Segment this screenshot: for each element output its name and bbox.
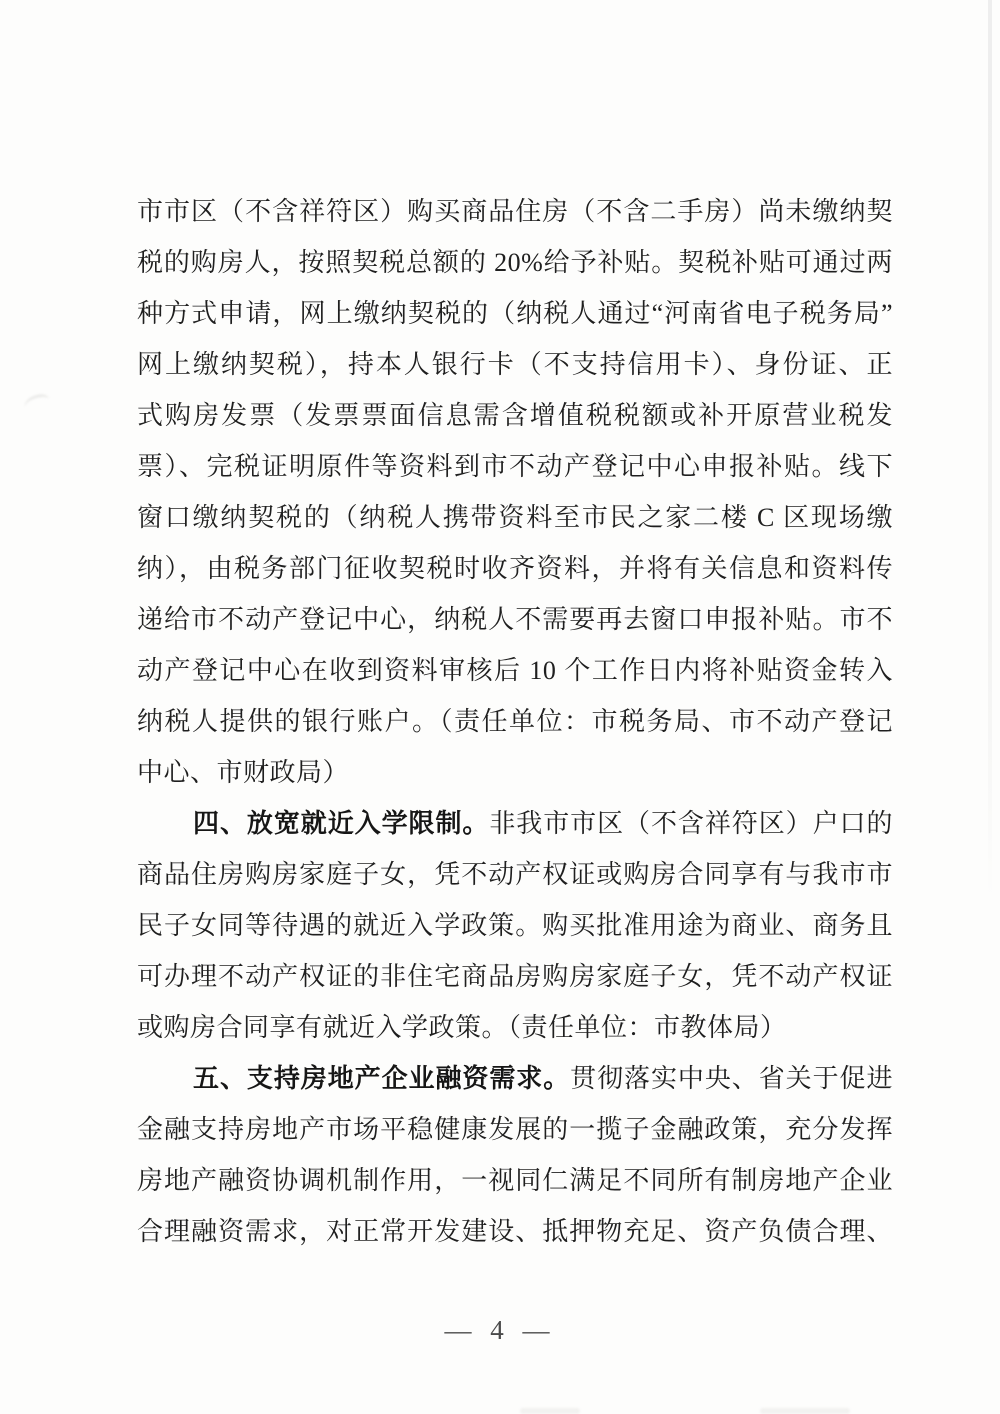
text-line: 商品住房购房家庭子女，凭不动产权证或购房合同享有与我市市	[137, 849, 893, 900]
text-line: 票）、完税证明原件等资料到市不动产登记中心申报补贴。线下	[137, 441, 893, 492]
text-line: 或购房合同享有就近入学政策。（责任单位：市教体局）	[137, 1002, 893, 1053]
scan-artifact-bottom	[520, 1408, 580, 1414]
text-line: 房地产融资协调机制作用，一视同仁满足不同所有制房地产企业	[137, 1155, 893, 1206]
text-line: 递给市不动产登记中心，纳税人不需要再去窗口申报补贴。市不	[137, 594, 893, 645]
text-line: 动产登记中心在收到资料审核后 10 个工作日内将补贴资金转入	[137, 645, 893, 696]
text-line: 五、支持房地产企业融资需求。贯彻落实中央、省关于促进	[137, 1053, 893, 1104]
text-line: 可办理不动产权证的非住宅商品房购房家庭子女，凭不动产权证	[137, 951, 893, 1002]
section-4-first-line-text: 非我市市区（不含祥符区）户口的	[489, 809, 893, 838]
text-line: 四、放宽就近入学限制。非我市市区（不含祥符区）户口的	[137, 798, 893, 849]
text-line: 税的购房人，按照契税总额的 20%给予补贴。契税补贴可通过两	[137, 237, 893, 288]
section-4-heading: 四、放宽就近入学限制。	[193, 808, 489, 838]
section-5-heading: 五、支持房地产企业融资需求。	[193, 1063, 570, 1093]
text-line: 种方式申请，网上缴纳契税的（纳税人通过“河南省电子税务局”	[137, 288, 893, 339]
scan-artifact-bottom	[760, 1408, 850, 1414]
text-line: 式购房发票（发票票面信息需含增值税税额或补开原营业税发	[137, 390, 893, 441]
text-line: 窗口缴纳契税的（纳税人携带资料至市民之家二楼 C 区现场缴	[137, 492, 893, 543]
page-number: — 4 —	[0, 1308, 1000, 1352]
scan-artifact-smudge	[23, 392, 52, 414]
body-text: 市市区（不含祥符区）购买商品住房（不含二手房）尚未缴纳契 税的购房人，按照契税总…	[137, 186, 893, 1257]
text-line: 金融支持房地产市场平稳健康发展的一揽子金融政策，充分发挥	[137, 1104, 893, 1155]
text-line: 合理融资需求，对正常开发建设、抵押物充足、资产负债合理、	[137, 1206, 893, 1257]
text-line: 纳税人提供的银行账户。（责任单位：市税务局、市不动产登记	[137, 696, 893, 747]
text-line: 纳），由税务部门征收契税时收齐资料，并将有关信息和资料传	[137, 543, 893, 594]
text-line: 网上缴纳契税），持本人银行卡（不支持信用卡）、身份证、正	[137, 339, 893, 390]
text-line: 市市区（不含祥符区）购买商品住房（不含二手房）尚未缴纳契	[137, 186, 893, 237]
text-line: 民子女同等待遇的就近入学政策。购买批准用途为商业、商务且	[137, 900, 893, 951]
scan-artifact-right-edge	[988, 0, 992, 900]
scanned-document-page: 市市区（不含祥符区）购买商品住房（不含二手房）尚未缴纳契 税的购房人，按照契税总…	[0, 0, 1000, 1414]
text-line: 中心、市财政局）	[137, 747, 893, 798]
section-5-first-line-text: 贯彻落实中央、省关于促进	[570, 1064, 893, 1093]
